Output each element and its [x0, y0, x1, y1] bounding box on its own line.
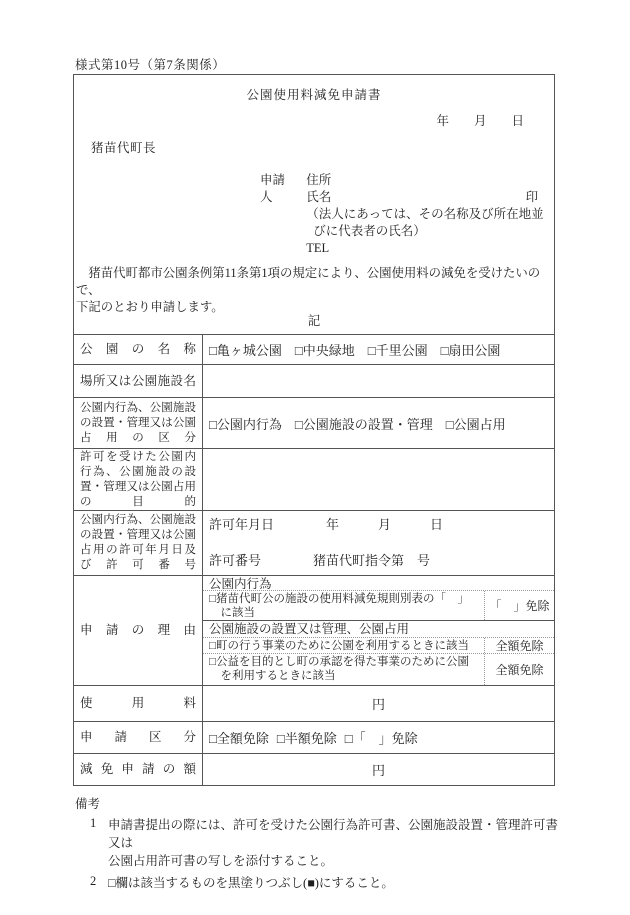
applicant-label: 申請人: [260, 172, 297, 257]
notes-section: 備考 1 申請書提出の際には、許可を受けた公園行為許可書、公園施設設置・管理許可…: [75, 794, 567, 892]
row-value-location: [203, 365, 554, 397]
note-number: 1: [90, 816, 108, 870]
note-text: 申請書提出の際には、許可を受けた公園行為許可書、公園施設設置・管理許可書又は 公…: [108, 816, 567, 870]
form-frame: 公園使用料減免申請書 年 月 日 猪苗代町長 申請人 住所 氏名 印 （法人にあ…: [73, 74, 555, 786]
corporate-note-line2: びに代表者の氏名）: [306, 223, 554, 240]
row-label-permit-info: 公園内行為、公園施設 の設置・管理又は公園 占用の許可年月日及 び 許 可 番 …: [74, 511, 203, 575]
applicant-name-label: 氏名: [306, 189, 331, 206]
seal-label: 印: [526, 189, 539, 206]
table-row-category: 公園内行為、公園施設 の設置・管理又は公園 占 用 の 区 分 □公園内行為 □…: [74, 398, 554, 449]
reason-item3-row: □公益を目的とし町の承認を得た事業のために公園 を利用するときに該当 全額免除: [203, 654, 554, 685]
row-label-park-name: 公 園 の 名 称: [74, 335, 203, 364]
reason-item2-row: □町の行う事業のために公園を利用するときに該当 全額免除: [203, 638, 554, 654]
table-row-fee: 使 用 料 円: [74, 686, 554, 722]
row-value-category: □公園内行為 □公園施設の設置・管理 □公園占用: [203, 398, 554, 448]
permit-date-line: 許可年月日 年 月 日: [209, 516, 443, 534]
checkbox-option: □公益を目的とし町の承認を得た事業のために公園 を利用するときに該当: [203, 654, 484, 685]
row-label-application-division: 申 請 区 分: [74, 722, 203, 753]
row-label-category: 公園内行為、公園施設 の設置・管理又は公園 占 用 の 区 分: [74, 398, 203, 448]
exemption-cell: 「 」免除: [484, 591, 554, 620]
exemption-cell: 全額免除: [484, 654, 554, 685]
reason-group1-header: 公園内行為: [203, 576, 554, 590]
row-value-fee: 円: [203, 686, 554, 721]
reason-item1-row: □猪苗代町公の施設の使用料減免規則別表の「 」 に該当 「 」免除: [203, 591, 554, 621]
note-item: 1 申請書提出の際には、許可を受けた公園行為許可書、公園施設設置・管理許可書又は…: [75, 816, 567, 870]
checkbox-option: □猪苗代町公の施設の使用料減免規則別表の「 」 に該当: [203, 591, 484, 620]
row-value-application-division: □全額免除 □半額免除 □「 」免除: [203, 722, 554, 753]
row-value-reason: 公園内行為 □猪苗代町公の施設の使用料減免規則別表の「 」 に該当 「 」免除 …: [203, 576, 554, 685]
checkbox-option: □亀ヶ城公園: [209, 340, 282, 359]
note-item: 2 □欄は該当するものを黒塗りつぶし(■)にすること。: [75, 874, 567, 892]
note-number: 2: [90, 874, 108, 892]
date-line: 年 月 日: [436, 111, 524, 129]
row-value-park-name: □亀ヶ城公園 □中央緑地 □千里公園 □扇田公園: [203, 335, 554, 364]
page-title: 公園使用料減免申請書: [74, 85, 554, 103]
table-row-reduction-amount: 減 免 申 請 の 額 円: [74, 754, 554, 785]
checkbox-option: □中央緑地: [295, 340, 355, 359]
checkbox-option: □公園占用: [446, 414, 506, 433]
checkbox-option: □「 」免除: [345, 728, 418, 747]
reason-group1-header-row: 公園内行為: [203, 576, 554, 591]
table-row-park-name: 公 園 の 名 称 □亀ヶ城公園 □中央緑地 □千里公園 □扇田公園: [74, 335, 554, 365]
reason-group2-header: 公園施設の設置又は管理、公園占用: [203, 621, 554, 637]
row-label-location: 場所又は公園施設名: [74, 365, 203, 397]
row-label-fee: 使 用 料: [74, 686, 203, 721]
row-label-reason: 申 請 の 理 由: [74, 576, 203, 685]
checkbox-option: □半額免除: [277, 728, 337, 747]
row-label-permitted-purpose: 許可を受けた公園内 行為、公園施設の設 置・管理又は公園占用 の 目 的: [74, 449, 203, 510]
applicant-fields: 住所 氏名 印 （法人にあっては、その名称及び所在地並 びに代表者の氏名） TE…: [306, 172, 554, 257]
table-row-location: 場所又は公園施設名: [74, 365, 554, 398]
applicant-name-line: 氏名 印: [306, 189, 538, 206]
applicant-block: 申請人 住所 氏名 印 （法人にあっては、その名称及び所在地並 びに代表者の氏名…: [260, 172, 554, 257]
row-value-reduction-amount: 円: [203, 754, 554, 785]
note-text: □欄は該当するものを黒塗りつぶし(■)にすること。: [108, 874, 567, 892]
table-row-reason: 申 請 の 理 由 公園内行為 □猪苗代町公の施設の使用料減免規則別表の「 」 …: [74, 576, 554, 686]
record-mark: 記: [74, 311, 554, 329]
table-row-application-division: 申 請 区 分 □全額免除 □半額免除 □「 」免除: [74, 722, 554, 754]
checkbox-option: □千里公園: [368, 340, 428, 359]
row-label-reduction-amount: 減 免 申 請 の 額: [74, 754, 203, 785]
reason-group2-header-row: 公園施設の設置又は管理、公園占用: [203, 621, 554, 638]
checkbox-option: □全額免除: [209, 728, 269, 747]
checkbox-option: □町の行う事業のために公園を利用するときに該当: [203, 638, 484, 653]
checkbox-option: □扇田公園: [441, 340, 501, 359]
permit-number-line: 許可番号 猪苗代町指令第 号: [209, 552, 443, 570]
body-paragraph: 猪苗代町都市公園条例第11条第1項の規定により、公園使用料の減免を受けたいので、…: [76, 265, 553, 316]
notes-heading: 備考: [75, 794, 567, 812]
checkbox-option: □公園施設の設置・管理: [295, 414, 433, 433]
application-table: 公 園 の 名 称 □亀ヶ城公園 □中央緑地 □千里公園 □扇田公園 場所又は公…: [74, 334, 554, 785]
checkbox-option: □公園内行為: [209, 414, 282, 433]
addressee: 猪苗代町長: [91, 138, 156, 156]
form-number: 様式第10号（第7条関係）: [75, 55, 225, 73]
corporate-note-line1: （法人にあっては、その名称及び所在地並: [306, 206, 554, 223]
permit-date-and-number: 許可年月日 年 月 日 許可番号 猪苗代町指令第 号: [209, 498, 443, 588]
table-row-permit-info: 公園内行為、公園施設 の設置・管理又は公園 占用の許可年月日及 び 許 可 番 …: [74, 511, 554, 576]
form-header-section: 公園使用料減免申請書 年 月 日 猪苗代町長 申請人 住所 氏名 印 （法人にあ…: [74, 75, 554, 334]
applicant-address-label: 住所: [306, 172, 554, 189]
row-value-permit-info: 許可年月日 年 月 日 許可番号 猪苗代町指令第 号: [203, 511, 554, 575]
applicant-tel-label: TEL: [306, 240, 554, 257]
exemption-cell: 全額免除: [484, 638, 554, 653]
document-page: 様式第10号（第7条関係） 公園使用料減免申請書 年 月 日 猪苗代町長 申請人…: [0, 0, 630, 915]
